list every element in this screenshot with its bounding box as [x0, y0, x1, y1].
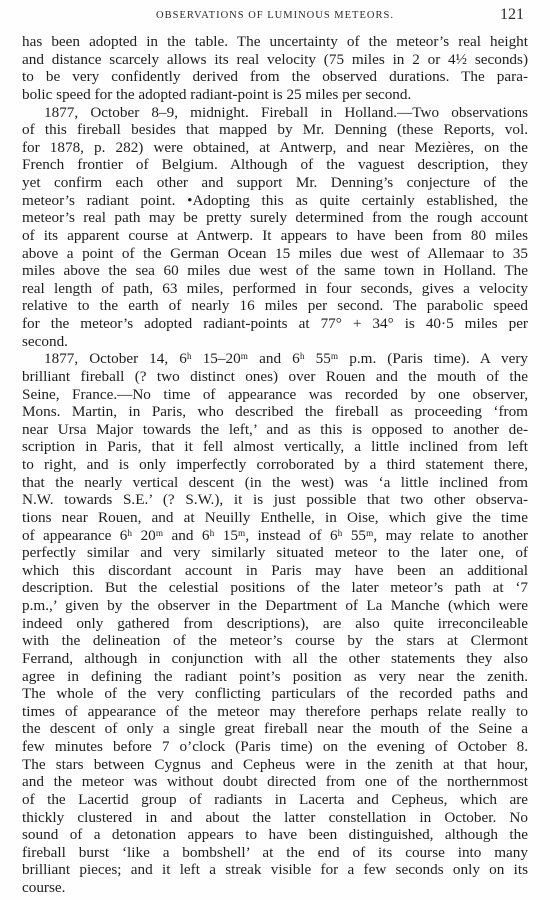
page-number: 121 — [500, 6, 524, 24]
text-line: Ferrand, although in conjunction with al… — [22, 650, 528, 668]
text-line: brilliant fireball (? two distinct ones)… — [22, 368, 528, 386]
text-line: times of appearance of the meteor may th… — [22, 703, 528, 721]
text-line: yet confirm each other and support Mr. D… — [22, 174, 528, 192]
text-line: indeed only gathered from descriptions),… — [22, 615, 528, 633]
text-line: course. — [22, 879, 528, 897]
text-line: N.W. towards S.E.’ (? S.W.), it is just … — [22, 491, 528, 509]
text-line: meteor’s real path may be pretty surely … — [22, 209, 528, 227]
text-line: and the meteor was without doubt directe… — [22, 773, 528, 791]
text-line: and distance scarcely allows its real ve… — [22, 51, 528, 69]
text-line: 1877, October 8–9, midnight. Fireball in… — [22, 104, 528, 122]
text-line: French frontier of Belgium. Although of … — [22, 156, 528, 174]
text-line: thickly clustered in and about the latte… — [22, 809, 528, 827]
text-line: perfectly similar and very similarly sit… — [22, 544, 528, 562]
text-line: sound of a detonation appears to have be… — [22, 826, 528, 844]
text-line: scription in Paris, that it fell almost … — [22, 438, 528, 456]
text-line: to right, and is only imperfectly corrob… — [22, 456, 528, 474]
text-line: Seine, France.—No time of appearance was… — [22, 386, 528, 404]
text-line: few minutes before 7 o’clock (Paris time… — [22, 738, 528, 756]
book-page: OBSERVATIONS OF LUMINOUS METEORS. 121 ha… — [0, 0, 550, 900]
text-line: tions near Rouen, and at Neuilly Enthell… — [22, 509, 528, 527]
text-line: 1877, October 14, 6ʰ 15–20ᵐ and 6ʰ 55ᵐ p… — [22, 350, 528, 368]
text-line: description. But the celestial positions… — [22, 579, 528, 597]
text-line: fireball burst ‘like a bombshell’ at the… — [22, 844, 528, 862]
text-line: to be very confidently derived from the … — [22, 68, 528, 86]
text-line: The whole of the very conflicting partic… — [22, 685, 528, 703]
text-line: near Ursa Major towards the left,’ and a… — [22, 421, 528, 439]
body-text: has been adopted in the table. The uncer… — [22, 33, 528, 897]
running-title: OBSERVATIONS OF LUMINOUS METEORS. — [22, 10, 528, 21]
text-line: second. — [22, 333, 528, 351]
text-line: has been adopted in the table. The uncer… — [22, 33, 528, 51]
text-line: which this discordant account in Paris m… — [22, 562, 528, 580]
text-line: for the meteor’s adopted radiant-points … — [22, 315, 528, 333]
text-line: real length of path, 63 miles, performed… — [22, 280, 528, 298]
text-line: that the nearly vertical descent (in the… — [22, 474, 528, 492]
text-line: with the delineation of the meteor’s cou… — [22, 632, 528, 650]
text-line: of this fireball besides that mapped by … — [22, 121, 528, 139]
text-line: for 1878, p. 282) were obtained, at Antw… — [22, 139, 528, 157]
text-line: of appearance 6ʰ 20ᵐ and 6ʰ 15ᵐ, instead… — [22, 527, 528, 545]
text-line: agree in defining the radiant point’s po… — [22, 668, 528, 686]
text-line: of its apparent course at Antwerp. It ap… — [22, 227, 528, 245]
page-header: OBSERVATIONS OF LUMINOUS METEORS. 121 — [22, 6, 528, 26]
text-line: the descent of only a single great fireb… — [22, 720, 528, 738]
text-line: relative to the earth of nearly 16 miles… — [22, 297, 528, 315]
text-line: of the Lacertid group of radiants in Lac… — [22, 791, 528, 809]
text-line: bolic speed for the adopted radiant-poin… — [22, 86, 528, 104]
text-line: meteor’s radiant point. •Adopting this a… — [22, 192, 528, 210]
text-line: The stars between Cygnus and Cepheus wer… — [22, 756, 528, 774]
text-line: p.m.,’ given by the observer in the Depa… — [22, 597, 528, 615]
text-line: Mons. Martin, in Paris, who described th… — [22, 403, 528, 421]
text-line: miles above the sea 60 miles due west of… — [22, 262, 528, 280]
text-line: brilliant pieces; and it left a streak v… — [22, 861, 528, 879]
text-line: above a point of the German Ocean 15 mil… — [22, 245, 528, 263]
